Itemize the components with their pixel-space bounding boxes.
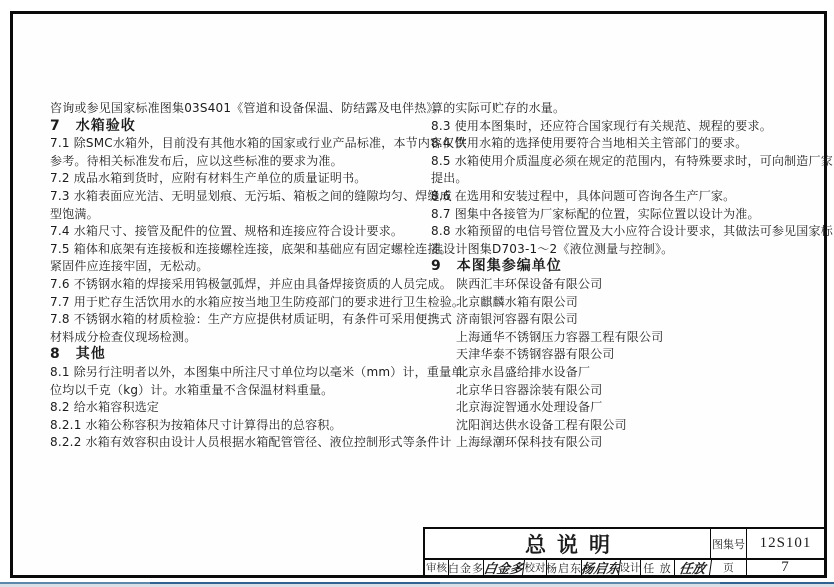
text-line: 7.5 箱体和底架有连接板和连接螺栓连接，底架和基础应有固定螺栓连接。 (50, 241, 422, 259)
reviewer-signature: 白金多 (483, 560, 525, 575)
text-line: 北京海淀智通水处理设备厂 (431, 399, 803, 417)
sheet-frame: 咨询或参见国家标准图集03S401《管道和设备保温、防结露及电伴热》。7 水箱验… (10, 11, 827, 578)
text-line: 提出。 (431, 170, 803, 188)
text-line: 北京麒麟水箱有限公司 (431, 294, 803, 312)
page-number: 7 (747, 560, 824, 575)
window-bottom-edge (0, 582, 834, 587)
text-line: 济南银河容器有限公司 (431, 311, 803, 329)
atlas-no-label: 图集号 (711, 529, 747, 558)
text-line: 8.1 除另行注明者以外，本图集中所注尺寸单位均以毫米（mm）计，重量单 (50, 364, 422, 382)
proofreader-name: 杨启东 (547, 560, 582, 575)
text-line: 7.1 除SMC水箱外，目前没有其他水箱的国家或行业产品标准，本节内容仅供 (50, 135, 422, 153)
text-line: 天津华泰不锈钢容器有限公司 (431, 346, 803, 364)
text-line: 参考。待相关标准发布后，应以这些标准的要求为准。 (50, 153, 422, 171)
text-line: 位均以千克（kg）计。水箱重量不含保温材料重量。 (50, 382, 422, 400)
reviewer-label: 审核 (425, 560, 449, 575)
title-block-top-row: 总说明 图集号 12S101 (425, 529, 824, 558)
window-edge-segment (720, 582, 834, 584)
text-line: 8.2.2 水箱有效容积由设计人员根据水箱配管管径、液位控制形式等条件计 (50, 434, 422, 452)
reviewer-name: 白金多 (449, 560, 484, 575)
text-line: 北京华日容器涂装有限公司 (431, 382, 803, 400)
designer-name: 任 放 (641, 560, 675, 575)
right-text-column: 算的实际可贮存的水量。8.3 使用本图集时，还应符合国家现行有关规范、规程的要求… (431, 100, 803, 452)
left-text-column: 咨询或参见国家标准图集03S401《管道和设备保温、防结露及电伴热》。7 水箱验… (50, 100, 422, 452)
page-label: 页 (711, 560, 747, 575)
text-line: 7.3 水箱表面应光洁、无明显划痕、无污垢、箱板之间的缝隙均匀、焊缝成 (50, 188, 422, 206)
proofreader-signature: 杨启东 (581, 560, 621, 575)
doc-title: 总说明 (425, 529, 711, 558)
scanned-document-page: { "doc": { "title": "总说明", "atlas_label"… (0, 0, 834, 587)
text-line: 7.4 水箱尺寸、接管及配件的位置、规格和连接应符合设计要求。 (50, 223, 422, 241)
text-line: 7.8 不锈钢水箱的材质检验：生产方应提供材质证明，有条件可采用便携式 (50, 311, 422, 329)
text-line: 8.7 图集中各接管为厂家标配的位置，实际位置以设计为准。 (431, 206, 803, 224)
text-line: 陕西汇丰环保设备有限公司 (431, 276, 803, 294)
text-line: 咨询或参见国家标准图集03S401《管道和设备保温、防结露及电伴热》。 (50, 100, 422, 118)
text-line: 8.4 饮用水箱的选择使用要符合当地相关主管部门的要求。 (431, 135, 803, 153)
text-line: 8.3 使用本图集时，还应符合国家现行有关规范、规程的要求。 (431, 118, 803, 136)
designer-label: 设计 (620, 560, 641, 575)
section-heading: 7 水箱验收 (50, 118, 422, 136)
proofreader-label: 校对 (524, 560, 547, 575)
text-line: 北京永昌盛给排水设备厂 (431, 364, 803, 382)
text-line: 7.6 不锈钢水箱的焊接采用钨极氩弧焊，并应由具备焊接资质的人员完成。 (50, 276, 422, 294)
text-line: 沈阳润达供水设备工程有限公司 (431, 417, 803, 435)
text-line: 8.8 水箱预留的电信号管位置及大小应符合设计要求，其做法可参见国家标 (431, 223, 803, 241)
section-heading: 8 其他 (50, 346, 422, 364)
text-line: 上海绿潮环保科技有限公司 (431, 434, 803, 452)
text-line: 8.5 水箱使用介质温度必须在规定的范围内，有特殊要求时，可向制造厂家 (431, 153, 803, 171)
window-edge-segment (150, 582, 440, 584)
text-line: 型饱满。 (50, 206, 422, 224)
text-line: 准设计图集D703-1～2《液位测量与控制》。 (431, 241, 803, 259)
text-line: 8.2.1 水箱公称容积为按箱体尺寸计算得出的总容积。 (50, 417, 422, 435)
text-line: 材料成分检查仪现场检测。 (50, 329, 422, 347)
text-line: 上海通华不锈钢压力容器工程有限公司 (431, 329, 803, 347)
atlas-no-value: 12S101 (747, 529, 824, 558)
text-line: 算的实际可贮存的水量。 (431, 100, 803, 118)
text-line: 7.2 成品水箱到货时，应附有材料生产单位的质量证明书。 (50, 170, 422, 188)
text-line: 8.6 在选用和安装过程中，具体问题可咨询各生产厂家。 (431, 188, 803, 206)
title-block-bottom-row: 审核 白金多 白金多 校对 杨启东 杨启东 设计 任 放 任放 页 7 (425, 558, 824, 575)
section-heading: 9 本图集参编单位 (431, 258, 803, 276)
text-line: 7.7 用于贮存生活饮用水的水箱应按当地卫生防疫部门的要求进行卫生检验。 (50, 294, 422, 312)
text-line: 紧固件应连接牢固，无松动。 (50, 258, 422, 276)
designer-signature: 任放 (674, 560, 712, 575)
text-line: 8.2 给水箱容积选定 (50, 399, 422, 417)
title-block: 总说明 图集号 12S101 审核 白金多 白金多 校对 杨启东 杨启东 设计 … (423, 527, 824, 575)
